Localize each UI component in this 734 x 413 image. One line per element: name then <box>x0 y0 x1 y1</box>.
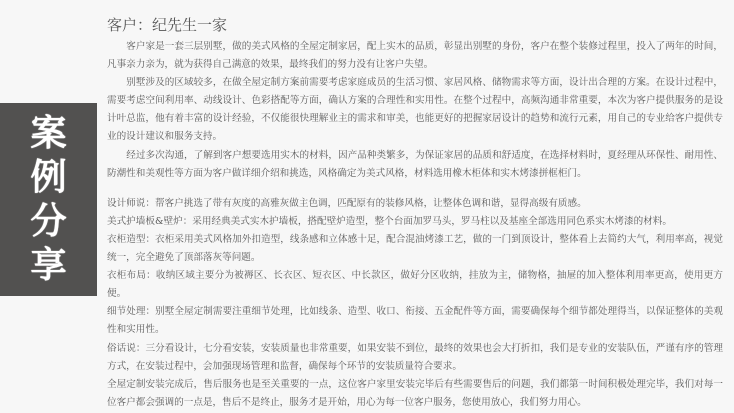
intro-paragraph: 客户家是一套三层别墅，做的美式风格的全屋定制家居，配上实木的品质，彰显出别墅的身… <box>107 38 723 74</box>
installation-note: 俗话说：三分看设计，七分看安装，安装质量也非常重要，如果安装不到位，最终的效果也… <box>107 340 723 376</box>
section-title-panel: 案 例 分 享 <box>0 103 97 296</box>
title-char: 享 <box>30 244 66 288</box>
wardrobe-layout-note: 衣柜布局：收纳区域主要分为被褥区、长衣区、短衣区、中长款区，做好分区收纳，挂放为… <box>107 267 723 303</box>
title-char: 例 <box>30 156 66 200</box>
vertical-title: 案 例 分 享 <box>30 112 66 288</box>
designer-note: 设计师说：帮客户挑选了带有灰度的高雅灰做主色调，匹配原有的装修风格，让整体色调和… <box>107 195 723 213</box>
spacer <box>107 183 723 195</box>
title-char: 分 <box>30 200 66 244</box>
case-content: 客户：纪先生一家 客户家是一套三层别墅，做的美式风格的全屋定制家居，配上实木的品… <box>107 14 723 412</box>
wardrobe-style-note: 衣柜造型：衣柜采用美式风格加外扣造型，线条感和立体感十足，配合混油烤漆工艺，做的… <box>107 231 723 267</box>
client-heading: 客户：纪先生一家 <box>107 14 723 36</box>
material-paragraph: 经过多次沟通，了解到客户想要选用实木的材料，因产品种类繁多，为保证家居的品质和舒… <box>107 147 723 183</box>
detail-note: 细节处理：别墅全屋定制需要注重细节处理，比如线条、造型、收口、衔接、五金配件等方… <box>107 303 723 339</box>
title-char: 案 <box>30 112 66 156</box>
planning-paragraph: 别墅涉及的区域较多，在做全屋定制方案前需要考虑家庭成员的生活习惯、家居风格、储物… <box>107 74 723 146</box>
wall-panel-note: 美式护墙板&壁炉：采用经典美式实木护墙板，搭配壁炉造型，整个台面加罗马头，罗马柱… <box>107 213 723 231</box>
after-sales-note: 全屋定制安装完成后，售后服务也是至关重要的一点，这位客户家里安装完毕后有些需要售… <box>107 376 723 412</box>
